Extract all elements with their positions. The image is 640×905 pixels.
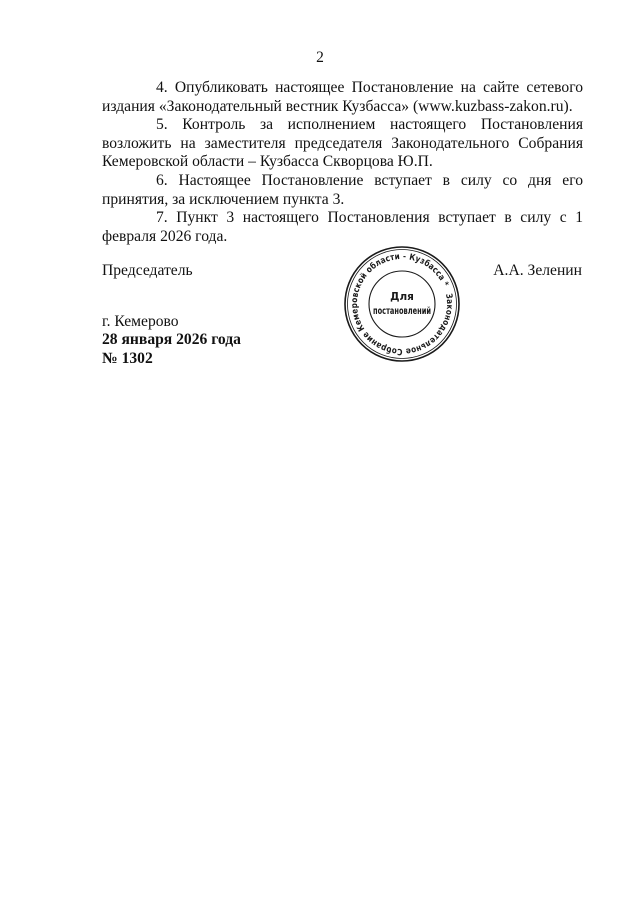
- paragraph-5: 5. Контроль за исполнением настоящего По…: [102, 116, 583, 172]
- document-page: 2 4. Опубликовать настоящее Постановлени…: [0, 0, 640, 905]
- signatory-name: А.А. Зеленин: [493, 262, 582, 280]
- paragraph-6: 6. Настоящее Постановление вступает в си…: [102, 172, 583, 209]
- issue-date: 28 января 2026 года: [102, 331, 241, 349]
- paragraph-7: 7. Пункт 3 настоящего Постановления всту…: [102, 209, 583, 246]
- official-seal: Законодательное Собрание Кемеровской обл…: [342, 244, 462, 364]
- issue-details: г. Кемерово 28 января 2026 года № 1302: [102, 313, 241, 368]
- resolution-body: 4. Опубликовать настоящее Постановление …: [102, 79, 583, 246]
- issue-city: г. Кемерово: [102, 313, 241, 331]
- seal-ring-text: Законодательное Собрание Кемеровской обл…: [342, 244, 462, 364]
- document-number: № 1302: [102, 350, 241, 368]
- signatory-title: Председатель: [102, 262, 193, 280]
- seal-center-line2: постановлений: [373, 306, 431, 317]
- paragraph-4: 4. Опубликовать настоящее Постановление …: [102, 79, 583, 116]
- svg-text:Законодательное Собрание Кемер: Законодательное Собрание Кемеровской обл…: [342, 244, 462, 364]
- seal-icon: Законодательное Собрание Кемеровской обл…: [342, 244, 462, 364]
- seal-center-line1: Для: [390, 291, 414, 303]
- page-number: 2: [0, 49, 640, 67]
